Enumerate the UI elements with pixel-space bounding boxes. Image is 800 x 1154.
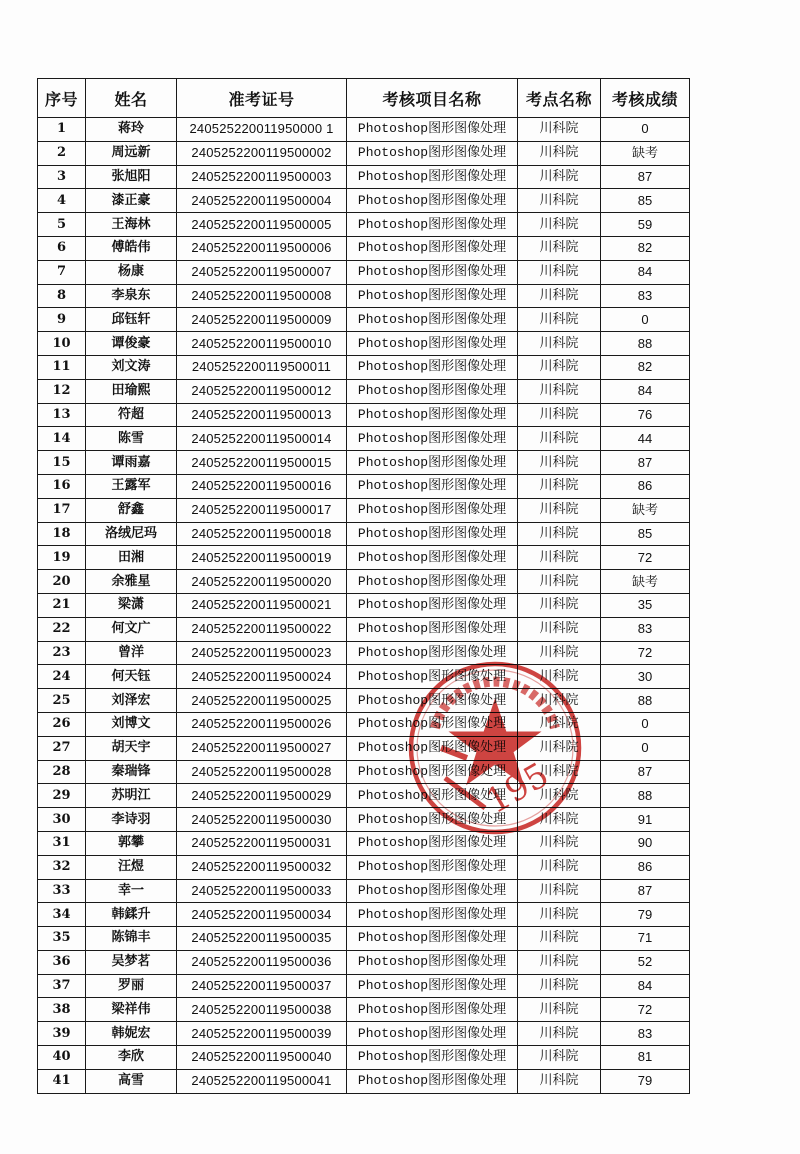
- table-row: 5王海林2405252200119500005Photoshop图形图像处理川科…: [38, 213, 690, 237]
- admission-ticket-no-cell: 2405252200119500013: [177, 403, 347, 427]
- name-cell: 郭攀: [86, 831, 177, 855]
- serial-no-cell: 31: [38, 831, 86, 855]
- admission-ticket-no-cell: 2405252200119500040: [177, 1046, 347, 1070]
- score-cell: 83: [601, 1022, 690, 1046]
- project-cell: Photoshop图形图像处理: [347, 712, 518, 736]
- score-cell: 35: [601, 593, 690, 617]
- project-cell: Photoshop图形图像处理: [347, 118, 518, 142]
- admission-ticket-no-cell: 2405252200119500002: [177, 141, 347, 165]
- score-cell: 缺考: [601, 570, 690, 594]
- name-cell: 傅皓伟: [86, 236, 177, 260]
- table-row: 3张旭阳2405252200119500003Photoshop图形图像处理川科…: [38, 165, 690, 189]
- document-page: 序号 姓名 准考证号 考核项目名称 考点名称 考核成绩 1蒋玲240525220…: [0, 0, 800, 1154]
- table-row: 30李诗羽2405252200119500030Photoshop图形图像处理川…: [38, 808, 690, 832]
- admission-ticket-no-cell: 2405252200119500033: [177, 879, 347, 903]
- serial-no-cell: 37: [38, 974, 86, 998]
- name-cell: 汪煜: [86, 855, 177, 879]
- admission-ticket-no-cell: 2405252200119500004: [177, 189, 347, 213]
- name-cell: 王露军: [86, 474, 177, 498]
- project-cell: Photoshop图形图像处理: [347, 522, 518, 546]
- exam-site-cell: 川科院: [518, 1046, 601, 1070]
- name-cell: 何天钰: [86, 665, 177, 689]
- table-row: 24何天钰2405252200119500024Photoshop图形图像处理川…: [38, 665, 690, 689]
- score-cell: 83: [601, 284, 690, 308]
- table-row: 7杨康2405252200119500007Photoshop图形图像处理川科院…: [38, 260, 690, 284]
- name-cell: 周远新: [86, 141, 177, 165]
- project-cell: Photoshop图形图像处理: [347, 903, 518, 927]
- admission-ticket-no-cell: 2405252200119500036: [177, 950, 347, 974]
- score-cell: 87: [601, 760, 690, 784]
- admission-ticket-no-cell: 2405252200119500026: [177, 712, 347, 736]
- admission-ticket-no-cell: 2405252200119500022: [177, 617, 347, 641]
- serial-no-cell: 10: [38, 332, 86, 356]
- score-cell: 72: [601, 998, 690, 1022]
- exam-site-cell: 川科院: [518, 784, 601, 808]
- exam-site-cell: 川科院: [518, 831, 601, 855]
- exam-site-cell: 川科院: [518, 903, 601, 927]
- score-cell: 71: [601, 927, 690, 951]
- admission-ticket-no-cell: 2405252200119500020: [177, 570, 347, 594]
- exam-site-cell: 川科院: [518, 522, 601, 546]
- exam-site-cell: 川科院: [518, 474, 601, 498]
- exam-site-cell: 川科院: [518, 379, 601, 403]
- serial-no-cell: 35: [38, 927, 86, 951]
- name-cell: 蒋玲: [86, 118, 177, 142]
- admission-ticket-no-cell: 2405252200119500024: [177, 665, 347, 689]
- serial-no-cell: 40: [38, 1046, 86, 1070]
- score-cell: 84: [601, 260, 690, 284]
- serial-no-cell: 5: [38, 213, 86, 237]
- table-row: 39韩妮宏2405252200119500039Photoshop图形图像处理川…: [38, 1022, 690, 1046]
- serial-no-cell: 17: [38, 498, 86, 522]
- admission-ticket-no-cell: 2405252200119500035: [177, 927, 347, 951]
- score-cell: 76: [601, 403, 690, 427]
- admission-ticket-no-cell: 2405252200119500039: [177, 1022, 347, 1046]
- exam-site-cell: 川科院: [518, 355, 601, 379]
- exam-site-cell: 川科院: [518, 284, 601, 308]
- serial-no-cell: 24: [38, 665, 86, 689]
- exam-site-cell: 川科院: [518, 570, 601, 594]
- score-cell: 82: [601, 236, 690, 260]
- serial-no-cell: 28: [38, 760, 86, 784]
- project-cell: Photoshop图形图像处理: [347, 665, 518, 689]
- serial-no-cell: 13: [38, 403, 86, 427]
- serial-no-cell: 20: [38, 570, 86, 594]
- exam-site-cell: 川科院: [518, 855, 601, 879]
- score-cell: 85: [601, 522, 690, 546]
- score-cell: 0: [601, 736, 690, 760]
- table-row: 10谭俊豪2405252200119500010Photoshop图形图像处理川…: [38, 332, 690, 356]
- exam-site-cell: 川科院: [518, 617, 601, 641]
- admission-ticket-no-cell: 2405252200119500015: [177, 451, 347, 475]
- exam-site-cell: 川科院: [518, 332, 601, 356]
- admission-ticket-no-cell: 2405252200119500014: [177, 427, 347, 451]
- name-cell: 田瑜熙: [86, 379, 177, 403]
- serial-no-cell: 27: [38, 736, 86, 760]
- exam-site-cell: 川科院: [518, 189, 601, 213]
- serial-no-cell: 39: [38, 1022, 86, 1046]
- table-row: 34韩鍒升2405252200119500034Photoshop图形图像处理川…: [38, 903, 690, 927]
- serial-no-cell: 26: [38, 712, 86, 736]
- table-row: 33幸一2405252200119500033Photoshop图形图像处理川科…: [38, 879, 690, 903]
- table-row: 16王露军2405252200119500016Photoshop图形图像处理川…: [38, 474, 690, 498]
- name-cell: 韩妮宏: [86, 1022, 177, 1046]
- serial-no-cell: 21: [38, 593, 86, 617]
- table-row: 9邱钰轩2405252200119500009Photoshop图形图像处理川科…: [38, 308, 690, 332]
- exam-site-cell: 川科院: [518, 427, 601, 451]
- admission-ticket-no-cell: 2405252200119500016: [177, 474, 347, 498]
- project-cell: Photoshop图形图像处理: [347, 831, 518, 855]
- serial-no-cell: 32: [38, 855, 86, 879]
- admission-ticket-no-cell: 240525220011950000 1: [177, 118, 347, 142]
- exam-site-cell: 川科院: [518, 118, 601, 142]
- score-cell: 87: [601, 165, 690, 189]
- admission-ticket-no-cell: 2405252200119500028: [177, 760, 347, 784]
- project-cell: Photoshop图形图像处理: [347, 784, 518, 808]
- table-row: 37罗丽2405252200119500037Photoshop图形图像处理川科…: [38, 974, 690, 998]
- admission-ticket-no-cell: 2405252200119500008: [177, 284, 347, 308]
- project-cell: Photoshop图形图像处理: [347, 593, 518, 617]
- name-cell: 韩鍒升: [86, 903, 177, 927]
- table-row: 14陈雪2405252200119500014Photoshop图形图像处理川科…: [38, 427, 690, 451]
- admission-ticket-no-cell: 2405252200119500010: [177, 332, 347, 356]
- name-cell: 李欣: [86, 1046, 177, 1070]
- serial-no-cell: 36: [38, 950, 86, 974]
- name-cell: 洛绒尼玛: [86, 522, 177, 546]
- name-cell: 刘泽宏: [86, 689, 177, 713]
- project-cell: Photoshop图形图像处理: [347, 950, 518, 974]
- project-cell: Photoshop图形图像处理: [347, 641, 518, 665]
- name-cell: 舒鑫: [86, 498, 177, 522]
- score-cell: 0: [601, 712, 690, 736]
- admission-ticket-no-cell: 2405252200119500034: [177, 903, 347, 927]
- exam-site-cell: 川科院: [518, 260, 601, 284]
- score-cell: 88: [601, 784, 690, 808]
- exam-site-cell: 川科院: [518, 974, 601, 998]
- serial-no-cell: 29: [38, 784, 86, 808]
- serial-no-cell: 15: [38, 451, 86, 475]
- header-name: 姓名: [86, 79, 177, 118]
- exam-site-cell: 川科院: [518, 165, 601, 189]
- table-row: 18洛绒尼玛2405252200119500018Photoshop图形图像处理…: [38, 522, 690, 546]
- score-cell: 44: [601, 427, 690, 451]
- table-row: 38梁祥伟2405252200119500038Photoshop图形图像处理川…: [38, 998, 690, 1022]
- exam-site-cell: 川科院: [518, 760, 601, 784]
- project-cell: Photoshop图形图像处理: [347, 189, 518, 213]
- name-cell: 李泉东: [86, 284, 177, 308]
- table-row: 41高雪2405252200119500041Photoshop图形图像处理川科…: [38, 1069, 690, 1093]
- table-row: 32汪煜2405252200119500032Photoshop图形图像处理川科…: [38, 855, 690, 879]
- exam-site-cell: 川科院: [518, 141, 601, 165]
- admission-ticket-no-cell: 2405252200119500041: [177, 1069, 347, 1093]
- project-cell: Photoshop图形图像处理: [347, 474, 518, 498]
- score-cell: 79: [601, 1069, 690, 1093]
- project-cell: Photoshop图形图像处理: [347, 498, 518, 522]
- exam-site-cell: 川科院: [518, 879, 601, 903]
- score-cell: 0: [601, 308, 690, 332]
- table-row: 15谭雨嘉2405252200119500015Photoshop图形图像处理川…: [38, 451, 690, 475]
- serial-no-cell: 6: [38, 236, 86, 260]
- project-cell: Photoshop图形图像处理: [347, 260, 518, 284]
- name-cell: 苏明江: [86, 784, 177, 808]
- name-cell: 幸一: [86, 879, 177, 903]
- name-cell: 高雪: [86, 1069, 177, 1093]
- exam-site-cell: 川科院: [518, 546, 601, 570]
- table-row: 35陈锦丰2405252200119500035Photoshop图形图像处理川…: [38, 927, 690, 951]
- score-cell: 59: [601, 213, 690, 237]
- serial-no-cell: 25: [38, 689, 86, 713]
- name-cell: 曾洋: [86, 641, 177, 665]
- serial-no-cell: 4: [38, 189, 86, 213]
- exam-site-cell: 川科院: [518, 998, 601, 1022]
- name-cell: 符超: [86, 403, 177, 427]
- table-row: 27胡天宇2405252200119500027Photoshop图形图像处理川…: [38, 736, 690, 760]
- exam-site-cell: 川科院: [518, 927, 601, 951]
- admission-ticket-no-cell: 2405252200119500031: [177, 831, 347, 855]
- serial-no-cell: 7: [38, 260, 86, 284]
- score-cell: 0: [601, 118, 690, 142]
- project-cell: Photoshop图形图像处理: [347, 332, 518, 356]
- admission-ticket-no-cell: 2405252200119500032: [177, 855, 347, 879]
- score-cell: 85: [601, 189, 690, 213]
- project-cell: Photoshop图形图像处理: [347, 1046, 518, 1070]
- score-cell: 87: [601, 879, 690, 903]
- score-cell: 82: [601, 355, 690, 379]
- score-cell: 缺考: [601, 141, 690, 165]
- admission-ticket-no-cell: 2405252200119500027: [177, 736, 347, 760]
- admission-ticket-no-cell: 2405252200119500005: [177, 213, 347, 237]
- name-cell: 罗丽: [86, 974, 177, 998]
- admission-ticket-no-cell: 2405252200119500025: [177, 689, 347, 713]
- serial-no-cell: 2: [38, 141, 86, 165]
- name-cell: 张旭阳: [86, 165, 177, 189]
- exam-site-cell: 川科院: [518, 1022, 601, 1046]
- project-cell: Photoshop图形图像处理: [347, 379, 518, 403]
- name-cell: 谭雨嘉: [86, 451, 177, 475]
- table-row: 22何文广2405252200119500022Photoshop图形图像处理川…: [38, 617, 690, 641]
- name-cell: 李诗羽: [86, 808, 177, 832]
- project-cell: Photoshop图形图像处理: [347, 617, 518, 641]
- score-cell: 86: [601, 855, 690, 879]
- admission-ticket-no-cell: 2405252200119500030: [177, 808, 347, 832]
- exam-site-cell: 川科院: [518, 641, 601, 665]
- admission-ticket-no-cell: 2405252200119500037: [177, 974, 347, 998]
- serial-no-cell: 30: [38, 808, 86, 832]
- serial-no-cell: 16: [38, 474, 86, 498]
- header-assessment-project: 考核项目名称: [347, 79, 518, 118]
- project-cell: Photoshop图形图像处理: [347, 236, 518, 260]
- table-row: 17舒鑫2405252200119500017Photoshop图形图像处理川科…: [38, 498, 690, 522]
- exam-site-cell: 川科院: [518, 712, 601, 736]
- name-cell: 杨康: [86, 260, 177, 284]
- project-cell: Photoshop图形图像处理: [347, 1069, 518, 1093]
- project-cell: Photoshop图形图像处理: [347, 213, 518, 237]
- project-cell: Photoshop图形图像处理: [347, 1022, 518, 1046]
- table-row: 1蒋玲240525220011950000 1Photoshop图形图像处理川科…: [38, 118, 690, 142]
- exam-site-cell: 川科院: [518, 593, 601, 617]
- admission-ticket-no-cell: 2405252200119500007: [177, 260, 347, 284]
- table-row: 2周远新2405252200119500002Photoshop图形图像处理川科…: [38, 141, 690, 165]
- admission-ticket-no-cell: 2405252200119500019: [177, 546, 347, 570]
- project-cell: Photoshop图形图像处理: [347, 546, 518, 570]
- project-cell: Photoshop图形图像处理: [347, 736, 518, 760]
- score-cell: 81: [601, 1046, 690, 1070]
- admission-ticket-no-cell: 2405252200119500009: [177, 308, 347, 332]
- table-row: 12田瑜熙2405252200119500012Photoshop图形图像处理川…: [38, 379, 690, 403]
- table-row: 11刘文涛2405252200119500011Photoshop图形图像处理川…: [38, 355, 690, 379]
- score-cell: 83: [601, 617, 690, 641]
- admission-ticket-no-cell: 2405252200119500029: [177, 784, 347, 808]
- table-header-row: 序号 姓名 准考证号 考核项目名称 考点名称 考核成绩: [38, 79, 690, 118]
- table-row: 26刘博文2405252200119500026Photoshop图形图像处理川…: [38, 712, 690, 736]
- serial-no-cell: 33: [38, 879, 86, 903]
- name-cell: 陈锦丰: [86, 927, 177, 951]
- table-row: 29苏明江2405252200119500029Photoshop图形图像处理川…: [38, 784, 690, 808]
- score-cell: 88: [601, 689, 690, 713]
- serial-no-cell: 9: [38, 308, 86, 332]
- serial-no-cell: 34: [38, 903, 86, 927]
- table-row: 20余雅星2405252200119500020Photoshop图形图像处理川…: [38, 570, 690, 594]
- table-row: 25刘泽宏2405252200119500025Photoshop图形图像处理川…: [38, 689, 690, 713]
- table-row: 8李泉东2405252200119500008Photoshop图形图像处理川科…: [38, 284, 690, 308]
- project-cell: Photoshop图形图像处理: [347, 689, 518, 713]
- score-cell: 72: [601, 546, 690, 570]
- admission-ticket-no-cell: 2405252200119500021: [177, 593, 347, 617]
- serial-no-cell: 38: [38, 998, 86, 1022]
- header-serial-no: 序号: [38, 79, 86, 118]
- name-cell: 何文广: [86, 617, 177, 641]
- score-cell: 79: [601, 903, 690, 927]
- table-body: 1蒋玲240525220011950000 1Photoshop图形图像处理川科…: [38, 118, 690, 1094]
- serial-no-cell: 41: [38, 1069, 86, 1093]
- name-cell: 谭俊豪: [86, 332, 177, 356]
- name-cell: 邱钰轩: [86, 308, 177, 332]
- project-cell: Photoshop图形图像处理: [347, 141, 518, 165]
- name-cell: 田湘: [86, 546, 177, 570]
- project-cell: Photoshop图形图像处理: [347, 355, 518, 379]
- admission-ticket-no-cell: 2405252200119500003: [177, 165, 347, 189]
- score-cell: 90: [601, 831, 690, 855]
- project-cell: Photoshop图形图像处理: [347, 760, 518, 784]
- exam-site-cell: 川科院: [518, 236, 601, 260]
- name-cell: 胡天宇: [86, 736, 177, 760]
- serial-no-cell: 23: [38, 641, 86, 665]
- serial-no-cell: 12: [38, 379, 86, 403]
- project-cell: Photoshop图形图像处理: [347, 808, 518, 832]
- score-cell: 72: [601, 641, 690, 665]
- score-cell: 84: [601, 379, 690, 403]
- table-row: 4漆正豪2405252200119500004Photoshop图形图像处理川科…: [38, 189, 690, 213]
- exam-site-cell: 川科院: [518, 808, 601, 832]
- table-row: 40李欣2405252200119500040Photoshop图形图像处理川科…: [38, 1046, 690, 1070]
- project-cell: Photoshop图形图像处理: [347, 403, 518, 427]
- exam-site-cell: 川科院: [518, 950, 601, 974]
- exam-results-table: 序号 姓名 准考证号 考核项目名称 考点名称 考核成绩 1蒋玲240525220…: [37, 78, 690, 1094]
- project-cell: Photoshop图形图像处理: [347, 570, 518, 594]
- exam-site-cell: 川科院: [518, 1069, 601, 1093]
- header-score: 考核成绩: [601, 79, 690, 118]
- name-cell: 余雅星: [86, 570, 177, 594]
- table-row: 31郭攀2405252200119500031Photoshop图形图像处理川科…: [38, 831, 690, 855]
- admission-ticket-no-cell: 2405252200119500023: [177, 641, 347, 665]
- score-cell: 30: [601, 665, 690, 689]
- project-cell: Photoshop图形图像处理: [347, 427, 518, 451]
- project-cell: Photoshop图形图像处理: [347, 927, 518, 951]
- serial-no-cell: 1: [38, 118, 86, 142]
- serial-no-cell: 18: [38, 522, 86, 546]
- serial-no-cell: 14: [38, 427, 86, 451]
- serial-no-cell: 8: [38, 284, 86, 308]
- name-cell: 秦瑞锋: [86, 760, 177, 784]
- project-cell: Photoshop图形图像处理: [347, 451, 518, 475]
- score-cell: 缺考: [601, 498, 690, 522]
- admission-ticket-no-cell: 2405252200119500012: [177, 379, 347, 403]
- table-row: 13符超2405252200119500013Photoshop图形图像处理川科…: [38, 403, 690, 427]
- exam-site-cell: 川科院: [518, 689, 601, 713]
- header-exam-site: 考点名称: [518, 79, 601, 118]
- score-cell: 88: [601, 332, 690, 356]
- project-cell: Photoshop图形图像处理: [347, 308, 518, 332]
- serial-no-cell: 22: [38, 617, 86, 641]
- serial-no-cell: 3: [38, 165, 86, 189]
- project-cell: Photoshop图形图像处理: [347, 974, 518, 998]
- table-row: 23曾洋2405252200119500023Photoshop图形图像处理川科…: [38, 641, 690, 665]
- project-cell: Photoshop图形图像处理: [347, 998, 518, 1022]
- serial-no-cell: 19: [38, 546, 86, 570]
- exam-site-cell: 川科院: [518, 736, 601, 760]
- table-row: 6傅皓伟2405252200119500006Photoshop图形图像处理川科…: [38, 236, 690, 260]
- exam-site-cell: 川科院: [518, 308, 601, 332]
- name-cell: 梁潇: [86, 593, 177, 617]
- project-cell: Photoshop图形图像处理: [347, 879, 518, 903]
- name-cell: 王海林: [86, 213, 177, 237]
- name-cell: 陈雪: [86, 427, 177, 451]
- name-cell: 吴梦茗: [86, 950, 177, 974]
- name-cell: 梁祥伟: [86, 998, 177, 1022]
- exam-site-cell: 川科院: [518, 451, 601, 475]
- project-cell: Photoshop图形图像处理: [347, 165, 518, 189]
- score-cell: 87: [601, 451, 690, 475]
- name-cell: 刘博文: [86, 712, 177, 736]
- score-cell: 52: [601, 950, 690, 974]
- serial-no-cell: 11: [38, 355, 86, 379]
- score-cell: 86: [601, 474, 690, 498]
- name-cell: 刘文涛: [86, 355, 177, 379]
- table-row: 19田湘2405252200119500019Photoshop图形图像处理川科…: [38, 546, 690, 570]
- table-row: 36吴梦茗2405252200119500036Photoshop图形图像处理川…: [38, 950, 690, 974]
- exam-site-cell: 川科院: [518, 213, 601, 237]
- score-cell: 84: [601, 974, 690, 998]
- score-cell: 91: [601, 808, 690, 832]
- name-cell: 漆正豪: [86, 189, 177, 213]
- admission-ticket-no-cell: 2405252200119500017: [177, 498, 347, 522]
- table-row: 28秦瑞锋2405252200119500028Photoshop图形图像处理川…: [38, 760, 690, 784]
- admission-ticket-no-cell: 2405252200119500011: [177, 355, 347, 379]
- admission-ticket-no-cell: 2405252200119500038: [177, 998, 347, 1022]
- table-row: 21梁潇2405252200119500021Photoshop图形图像处理川科…: [38, 593, 690, 617]
- admission-ticket-no-cell: 2405252200119500018: [177, 522, 347, 546]
- project-cell: Photoshop图形图像处理: [347, 284, 518, 308]
- header-admission-ticket-no: 准考证号: [177, 79, 347, 118]
- exam-site-cell: 川科院: [518, 498, 601, 522]
- project-cell: Photoshop图形图像处理: [347, 855, 518, 879]
- exam-site-cell: 川科院: [518, 665, 601, 689]
- exam-site-cell: 川科院: [518, 403, 601, 427]
- admission-ticket-no-cell: 2405252200119500006: [177, 236, 347, 260]
